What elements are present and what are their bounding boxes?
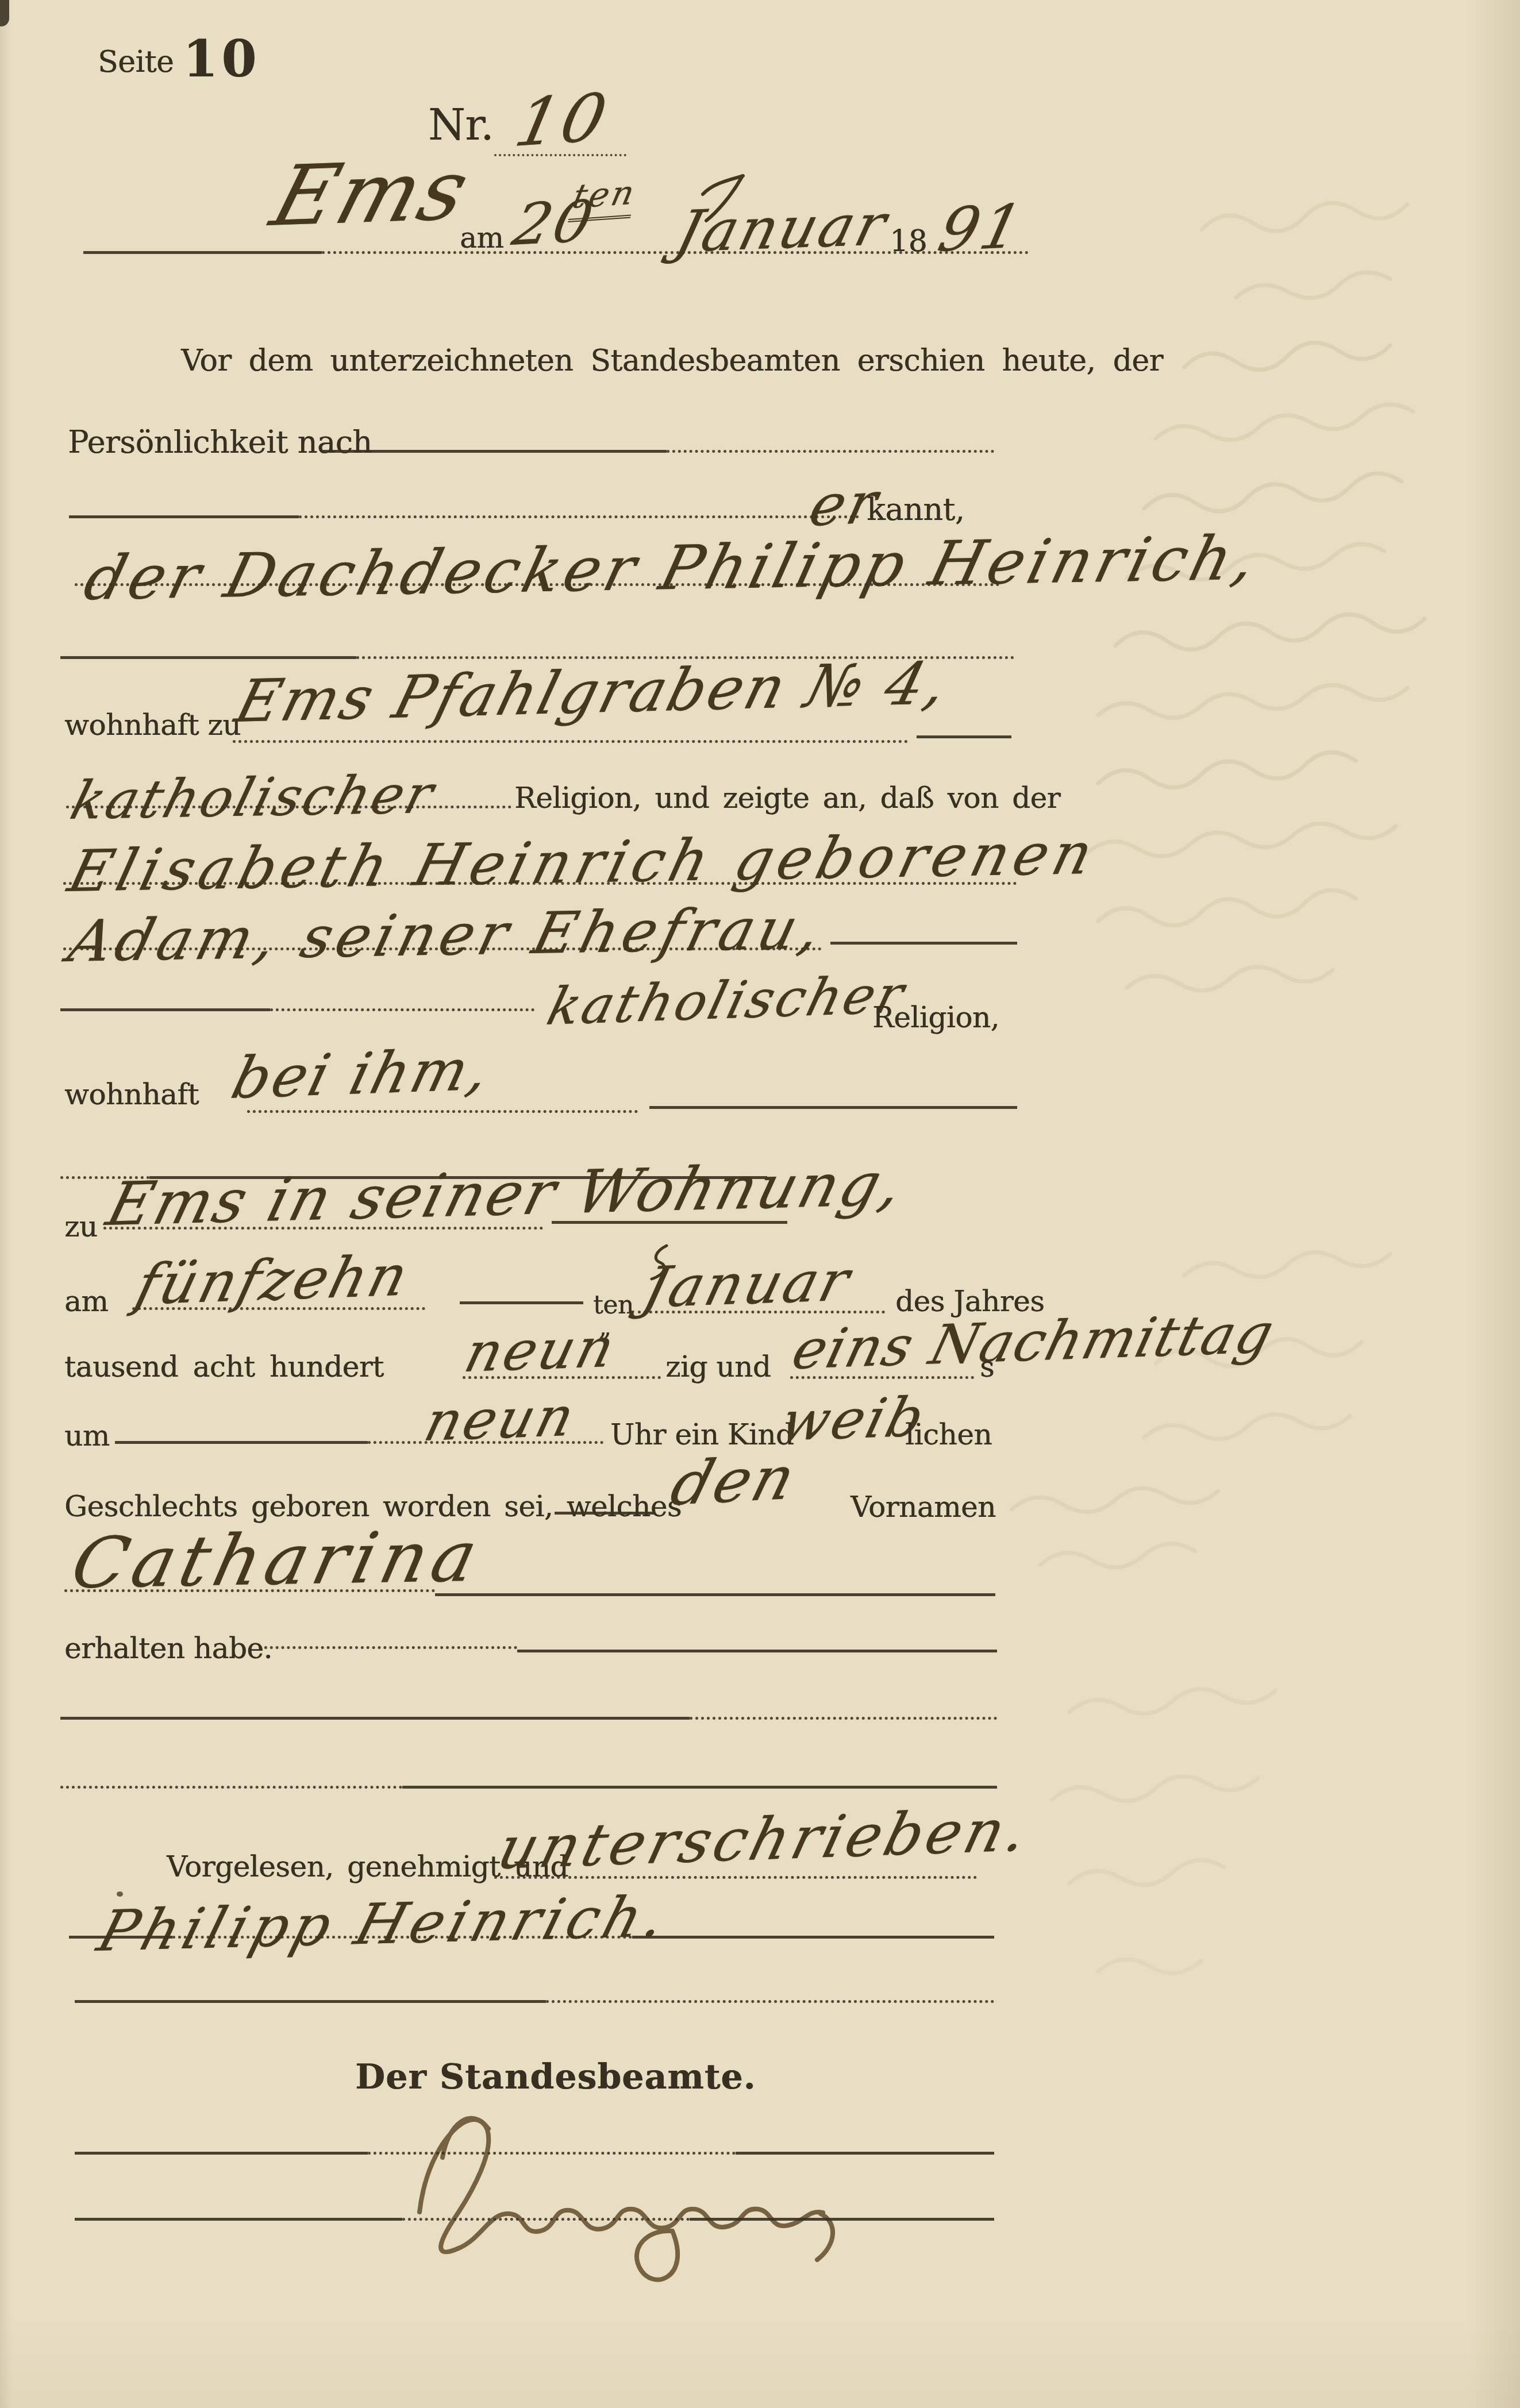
- form-rule: [75, 583, 1000, 586]
- form-rule: [63, 882, 1017, 885]
- mother-line1: Elisabeth Heinrich geborenen: [62, 820, 1105, 905]
- closing-handwritten: unterschrieben.: [491, 1796, 1038, 1883]
- form-rule: [649, 1106, 1017, 1109]
- religion2-print: Religion,: [872, 1001, 999, 1034]
- form-rule: [69, 1936, 172, 1939]
- form-rule: [83, 251, 322, 254]
- form-rule: [917, 735, 1011, 738]
- form-rule: [115, 1441, 368, 1444]
- residence2-label: wohnhaft: [64, 1078, 199, 1111]
- form-rule: [63, 947, 822, 950]
- form-rule: [368, 2152, 736, 2155]
- form-rule: [667, 450, 994, 453]
- time-um: um: [64, 1419, 110, 1452]
- form-rule: [60, 1786, 402, 1789]
- form-rule: [494, 1876, 977, 1879]
- form-rule: [132, 1307, 425, 1310]
- form-rule: [555, 1512, 655, 1515]
- form-rule: [247, 1110, 638, 1113]
- time-hour: neun: [418, 1385, 583, 1454]
- record-no-value: 10: [509, 79, 615, 162]
- year-units: eins Nachmittag: [786, 1302, 1281, 1382]
- article-handwritten: den: [664, 1443, 805, 1519]
- dateline-month: Januar: [669, 191, 895, 265]
- form-rule: [546, 2000, 994, 2003]
- form-rule: [632, 1936, 994, 1939]
- form-rule: [494, 154, 626, 156]
- registrar-signature: [402, 2094, 851, 2267]
- birthplace-value: Ems in seiner Wohnung,: [100, 1149, 912, 1239]
- recognized-print: kannt,: [867, 491, 964, 527]
- dateline-am: am: [460, 221, 503, 255]
- form-rule: [638, 1311, 885, 1313]
- form-rule: [402, 2218, 690, 2221]
- form-rule: [69, 515, 299, 518]
- form-rule: [60, 656, 356, 659]
- year-zig: zig und: [665, 1350, 771, 1384]
- form-rule: [322, 450, 667, 453]
- intro-line: Vor dem unterzeichneten Standesbeamten e…: [181, 344, 1163, 378]
- form-rule: [259, 1646, 517, 1649]
- form-rule: [299, 515, 859, 518]
- form-rule: [435, 1593, 995, 1596]
- form-rule: [233, 740, 908, 743]
- dateline-year: 91: [932, 191, 1031, 265]
- margin-ink-dot: [117, 1891, 123, 1897]
- form-rule: [66, 806, 511, 808]
- sex-print: lichen: [905, 1418, 992, 1451]
- year-thousand: tausend acht hundert: [64, 1350, 384, 1384]
- registrar-title: Der Standesbeamte.: [355, 2057, 756, 2097]
- mother-line2: Adam, seiner Ehefrau,: [62, 895, 832, 975]
- birthplace-label: zu: [64, 1210, 98, 1243]
- religion2-handwritten: katholischer: [541, 965, 912, 1037]
- form-rule: [172, 1936, 632, 1939]
- dateline-day-suffix: ten: [568, 173, 640, 222]
- form-rule: [60, 1717, 690, 1720]
- page-side-label: Seite: [98, 45, 174, 79]
- declarant-line: der Dachdecker Philipp Heinrich,: [78, 523, 1267, 614]
- form-rule: [790, 1376, 974, 1379]
- form-rule: [552, 1221, 787, 1224]
- form-rule: [322, 251, 1029, 254]
- identity-label: Persönlichkeit nach: [68, 424, 372, 460]
- year-s: s: [980, 1350, 994, 1384]
- religion1-print: Religion, und zeigte an, daß von der: [514, 781, 1060, 815]
- form-rule: [64, 1589, 435, 1592]
- form-rule: [75, 2152, 368, 2155]
- dateline-place: Ems: [261, 142, 481, 245]
- received-label: erhalten habe.: [64, 1632, 272, 1665]
- form-rule: [463, 1376, 661, 1379]
- residence-label: wohnhaft zu: [64, 708, 241, 742]
- year-tens: neun: [459, 1316, 623, 1385]
- form-rule: [75, 2218, 402, 2221]
- form-rule: [690, 2218, 994, 2221]
- form-rule: [75, 2000, 546, 2003]
- form-rule: [460, 1301, 583, 1304]
- form-rule: [270, 1008, 534, 1011]
- form-rule: [690, 1717, 997, 1720]
- form-rule: [517, 1650, 997, 1652]
- form-rule: [103, 1227, 543, 1230]
- document-page: Seite 10 Nr. 10 Ems am 20 ten Januar 18 …: [0, 0, 1520, 2408]
- form-rule: [402, 1786, 997, 1789]
- residence2-value: bei ihm,: [225, 1036, 499, 1112]
- vornamen-print: Vornamen: [851, 1490, 996, 1524]
- birthday-am: am: [64, 1285, 108, 1318]
- residence-value: Ems Pfahlgraben № 4,: [229, 649, 956, 736]
- form-rule: [60, 1008, 270, 1011]
- religion1-handwritten: katholischer: [64, 764, 442, 831]
- form-rule: [736, 2152, 994, 2155]
- corner-ink-speck: [0, 0, 9, 26]
- form-rule: [830, 942, 1017, 945]
- page-number: 10: [183, 29, 260, 88]
- declarant-signature: Philipp Heinrich.: [91, 1884, 677, 1964]
